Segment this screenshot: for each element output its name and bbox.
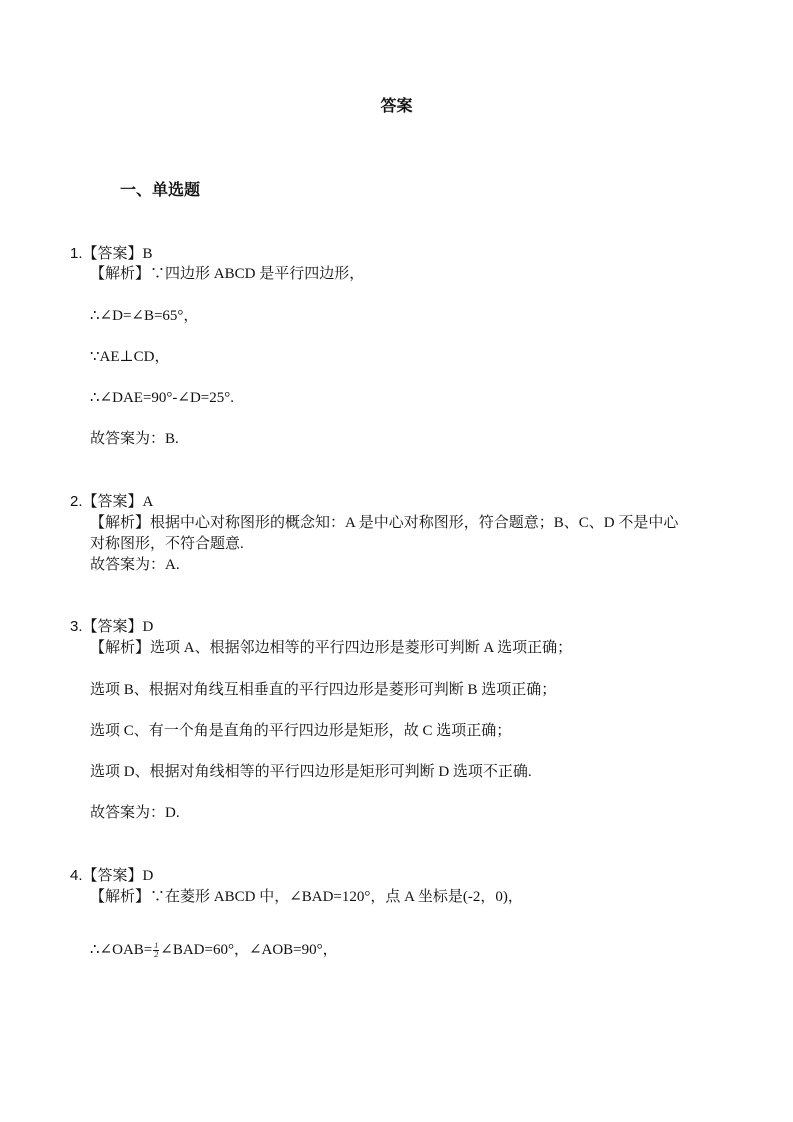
- answer-label: 【答案】B: [83, 246, 153, 262]
- analysis-line: ∵四边形 ABCD 是平行四边形，: [150, 266, 364, 282]
- fraction-denominator: 2: [153, 951, 159, 959]
- analysis-line: 选项 A、根据邻边相等的平行四边形是菱形可判断 A 选项正确；: [150, 640, 572, 656]
- analysis-label: 【解析】: [90, 640, 150, 656]
- analysis-line: 对称图形，不符合题意.: [90, 534, 244, 554]
- question-1-analysis: 【解析】∵四边形 ABCD 是平行四边形，: [90, 264, 364, 284]
- formula-prefix: ∴∠OAB=: [90, 942, 152, 958]
- analysis-line: ∵在菱形 ABCD 中，∠BAD=120°，点 A 坐标是(-2，0)，: [150, 889, 523, 905]
- analysis-line: ∵AE⊥CD，: [90, 347, 169, 367]
- analysis-line: 选项 C、有一个角是直角的平行四边形是矩形，故 C 选项正确；: [90, 721, 511, 741]
- analysis-line: 选项 B、根据对角线互相垂直的平行四边形是菱形可判断 B 选项正确；: [90, 680, 556, 700]
- section-heading: 一、单选题: [120, 180, 200, 200]
- question-3-analysis: 【解析】选项 A、根据邻边相等的平行四边形是菱形可判断 A 选项正确；: [90, 638, 572, 658]
- question-4-answer: 4.【答案】D: [70, 866, 153, 886]
- question-number: 4.: [70, 867, 83, 884]
- fraction: 12: [153, 942, 159, 959]
- answer-label: 【答案】D: [83, 868, 154, 884]
- conclusion-line: 故答案为：A.: [90, 555, 180, 575]
- page-title: 答案: [0, 96, 793, 116]
- analysis-label: 【解析】: [90, 889, 150, 905]
- formula-suffix: ∠BAD=60°，∠AOB=90°，: [160, 942, 337, 958]
- answer-label: 【答案】A: [83, 494, 154, 510]
- answer-label: 【答案】D: [83, 619, 154, 635]
- question-2-answer: 2.【答案】A: [70, 492, 153, 512]
- fraction-numerator: 1: [153, 942, 159, 950]
- analysis-label: 【解析】: [90, 515, 150, 531]
- formula-line: ∴∠OAB=12∠BAD=60°，∠AOB=90°，: [90, 940, 338, 960]
- analysis-line: 根据中心对称图形的概念知：A 是中心对称图形，符合题意；B、C、D 不是中心: [150, 515, 678, 531]
- question-2-analysis: 【解析】根据中心对称图形的概念知：A 是中心对称图形，符合题意；B、C、D 不是…: [90, 513, 678, 533]
- analysis-line: 选项 D、根据对角线相等的平行四边形是矩形可判断 D 选项不正确.: [90, 762, 532, 782]
- question-3-answer: 3.【答案】D: [70, 617, 153, 637]
- analysis-label: 【解析】: [90, 266, 150, 282]
- analysis-line: ∴∠D=∠B=65°，: [90, 306, 198, 326]
- question-4-analysis: 【解析】∵在菱形 ABCD 中，∠BAD=120°，点 A 坐标是(-2，0)，: [90, 887, 523, 907]
- question-number: 1.: [70, 245, 83, 262]
- question-number: 3.: [70, 618, 83, 635]
- question-number: 2.: [70, 493, 83, 510]
- analysis-line: ∴∠DAE=90°-∠D=25°.: [90, 388, 234, 408]
- conclusion-line: 故答案为：D.: [90, 803, 180, 823]
- conclusion-line: 故答案为：B.: [90, 429, 179, 449]
- question-1-answer: 1.【答案】B: [70, 244, 153, 264]
